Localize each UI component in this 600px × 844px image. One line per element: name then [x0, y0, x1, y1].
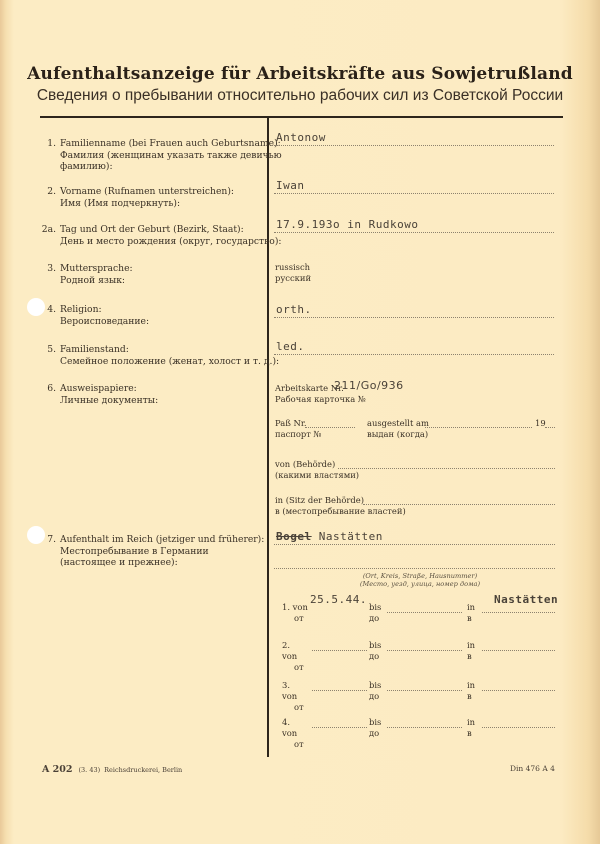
- stay-3-from-line[interactable]: [312, 690, 367, 691]
- work-card-number[interactable]: 211/Go/936: [334, 379, 404, 392]
- issued-label: ausgestellt am выдан (когда): [367, 418, 429, 439]
- marital-status-value[interactable]: led.: [276, 340, 305, 353]
- religion-line: [274, 317, 554, 318]
- stay-3-to-line[interactable]: [387, 690, 462, 691]
- surname-line: [274, 145, 554, 146]
- field-4-label: 4.Religion: Вероисповедание:: [42, 304, 149, 327]
- stay-4-in-line[interactable]: [482, 727, 555, 728]
- field-3-label: 3.Muttersprache: Родной язык:: [42, 263, 133, 286]
- passport-number-line[interactable]: [305, 427, 355, 428]
- field-2-label: 2.Vorname (Rufnamen unterstreichen): Имя…: [42, 186, 234, 209]
- religion-value[interactable]: orth.: [276, 303, 312, 316]
- stay-3-in-line[interactable]: [482, 690, 555, 691]
- authority-label: von (Behörde) (какими властями): [275, 459, 359, 480]
- struck-out-entry: Bogel: [276, 530, 312, 543]
- stay-2-to-line[interactable]: [387, 650, 462, 651]
- field-6-label: 6.Ausweispapiere: Личные документы:: [42, 383, 158, 406]
- birth-date-place-value[interactable]: 17.9.193o in Rudkowo: [276, 218, 418, 231]
- form-title-german: Aufenthaltsanzeige für Arbeitskräfte aus…: [0, 64, 600, 84]
- stay-4-to-line[interactable]: [387, 727, 462, 728]
- form-page: Aufenthaltsanzeige für Arbeitskräfte aus…: [0, 0, 600, 844]
- stay-1-to-line[interactable]: [387, 612, 462, 613]
- form-imprint: A 202(3. 43)Reichsdruckerei, Berlin: [42, 764, 186, 775]
- residence-line-1: [274, 544, 555, 545]
- field-5-label: 5.Familienstand: Семейное положение (жен…: [42, 344, 279, 367]
- surname-value[interactable]: Antonow: [276, 131, 326, 144]
- year-line[interactable]: [545, 427, 555, 428]
- form-title-russian: Сведения о пребывании относительно рабоч…: [0, 87, 600, 105]
- stay-2-in-line[interactable]: [482, 650, 555, 651]
- header-divider: [40, 116, 563, 118]
- stay-1-from-value[interactable]: 25.5.44.: [310, 594, 367, 605]
- residence-line-2[interactable]: [274, 568, 555, 569]
- stay-1-place-value[interactable]: Nastätten: [494, 594, 558, 605]
- column-divider: [267, 117, 269, 757]
- authority-seat-label: in (Sitz der Behörde) в (местопребывание…: [275, 495, 406, 516]
- address-hint: (Ort, Kreis, Straße, Hausnummer) (Место,…: [320, 572, 520, 588]
- stay-1-in-line: [482, 612, 555, 613]
- authority-seat-line[interactable]: [363, 504, 555, 505]
- field-1-label: 1.Familienname (bei Frauen auch Geburtsn…: [42, 138, 282, 173]
- field-2a-label: 2a.Tag und Ort der Geburt (Bezirk, Staat…: [36, 224, 282, 247]
- marital-line: [274, 354, 554, 355]
- first-name-line: [274, 193, 554, 194]
- first-name-value[interactable]: Iwan: [276, 179, 305, 192]
- authority-line[interactable]: [338, 468, 555, 469]
- mother-tongue-value: russisch русский: [275, 262, 311, 283]
- stay-4-from-line[interactable]: [312, 727, 367, 728]
- passport-label: Paß Nr. паспорт №: [275, 418, 321, 439]
- current-residence-value[interactable]: Bogel Nastätten: [276, 530, 383, 543]
- issued-date-line[interactable]: [425, 427, 532, 428]
- stay-2-from-line[interactable]: [312, 650, 367, 651]
- paper-standard: Din 476 A 4: [510, 764, 555, 773]
- field-7-label: 7.Aufenthalt im Reich (jetziger und früh…: [42, 534, 264, 569]
- birth-line: [274, 232, 554, 233]
